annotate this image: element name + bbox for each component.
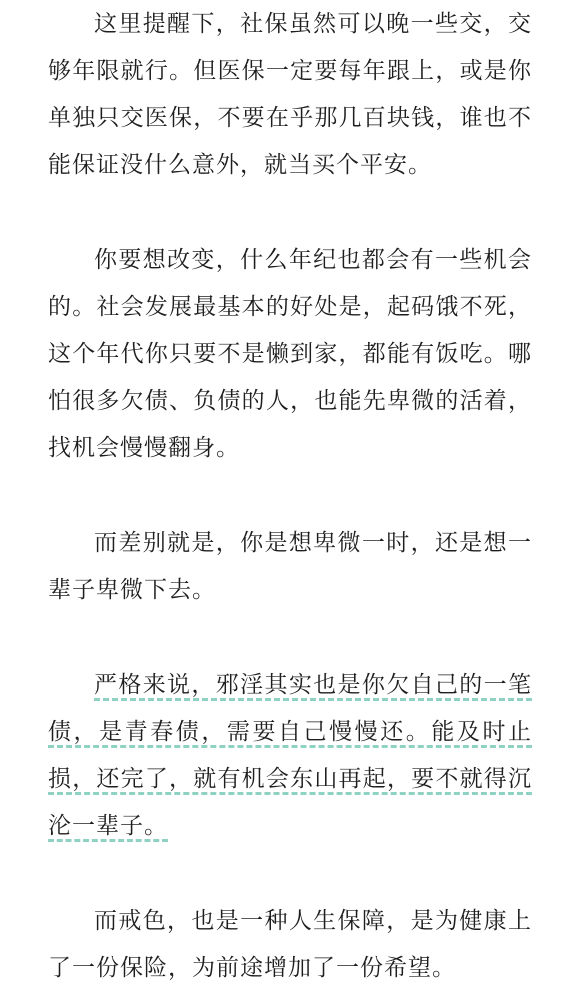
article-body: 这里提醒下，社保虽然可以晚一些交，交够年限就行。但医保一定要每年跟上，或是你单独… — [0, 0, 580, 987]
paragraph: 而戒色，也是一种人生保障，是为健康上了一份保险，为前途增加了一份希望。 — [48, 897, 532, 987]
paragraph: 而差别就是，你是想卑微一时，还是想一辈子卑微下去。 — [48, 519, 532, 613]
paragraph: 这里提醒下，社保虽然可以晚一些交，交够年限就行。但医保一定要每年跟上，或是你单独… — [48, 0, 532, 188]
paragraph: 你要想改变，什么年纪也都会有一些机会的。社会发展最基本的好处是，起码饿不死，这个… — [48, 236, 532, 471]
paragraph-underlined: 严格来说，邪淫其实也是你欠自己的一笔债，是青春债，需要自己慢慢还。能及时止损，还… — [48, 661, 532, 849]
